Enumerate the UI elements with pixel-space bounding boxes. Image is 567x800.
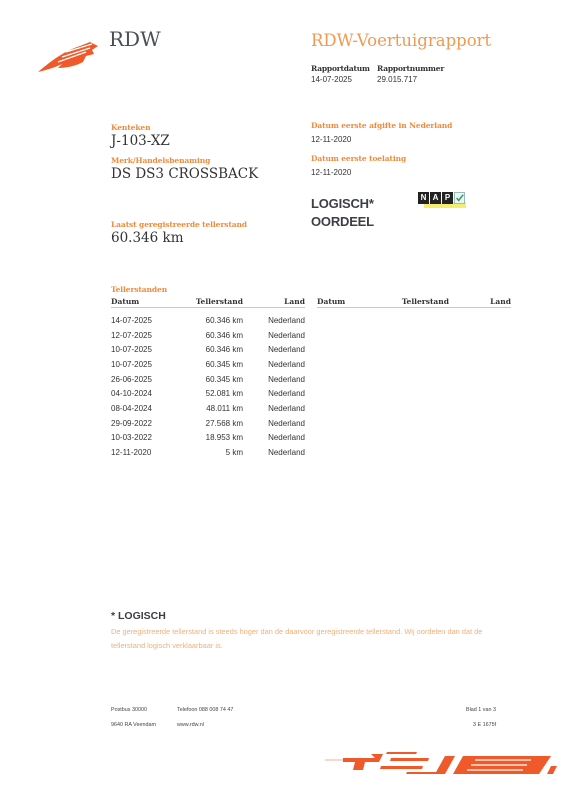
odometer-value: 60.346 km [111, 230, 184, 246]
make-label: Merk/Handelsbenaming [111, 156, 210, 165]
table-row: 10-03-202218.953 kmNederland [111, 431, 305, 446]
rdw-stripes-decoration-icon [325, 748, 557, 778]
row-odometer: 60.346 km [183, 308, 243, 328]
row-date: 04-10-2024 [111, 386, 183, 401]
table-row: 10-07-202560.346 kmNederland [111, 342, 305, 357]
row-country: Nederland [243, 401, 305, 416]
row-date: 26-06-2025 [111, 372, 183, 387]
row-odometer: 18.953 km [183, 431, 243, 446]
odometer-history-table-right: Datum Tellerstand Land [317, 297, 511, 308]
brand-wordmark: RDW [109, 27, 161, 51]
row-odometer: 60.346 km [183, 342, 243, 357]
row-odometer: 60.345 km [183, 372, 243, 387]
row-odometer: 60.346 km [183, 328, 243, 343]
table-row: 29-09-202227.568 kmNederland [111, 416, 305, 431]
row-date: 12-07-2025 [111, 328, 183, 343]
col-land-right: Land [449, 297, 511, 308]
table-row: 04-10-202452.081 kmNederland [111, 386, 305, 401]
footer-website[interactable]: www.rdw.nl [177, 722, 204, 728]
row-date: 10-07-2025 [111, 357, 183, 372]
report-date: 14-07-2025 [311, 75, 352, 84]
col-datum: Datum [111, 297, 183, 308]
footer-page-number: Blad 1 van 3 [466, 707, 496, 713]
row-odometer: 48.011 km [183, 401, 243, 416]
rdw-feather-logo-icon [36, 38, 100, 74]
row-odometer: 5 km [183, 445, 243, 460]
first-admission-date: 12-11-2020 [311, 168, 351, 177]
row-country: Nederland [243, 372, 305, 387]
row-odometer: 60.345 km [183, 357, 243, 372]
row-country: Nederland [243, 328, 305, 343]
row-country: Nederland [243, 308, 305, 328]
row-country: Nederland [243, 386, 305, 401]
verdict-line1: LOGISCH* [311, 196, 374, 211]
row-country: Nederland [243, 445, 305, 460]
row-country: Nederland [243, 357, 305, 372]
plate-label: Kenteken [111, 123, 150, 132]
footer-address: 9640 RA Veendam [111, 722, 156, 728]
row-date: 14-07-2025 [111, 308, 183, 328]
col-tellerstand: Tellerstand [183, 297, 243, 308]
row-date: 10-07-2025 [111, 342, 183, 357]
first-issue-nl-date: 12-11-2020 [311, 135, 351, 144]
row-odometer: 52.081 km [183, 386, 243, 401]
table-row: 14-07-202560.346 kmNederland [111, 308, 305, 328]
tellerstanden-title: Tellerstanden [111, 285, 167, 294]
report-number: 29.015.717 [377, 75, 417, 84]
first-admission-label: Datum eerste toelating [311, 154, 406, 163]
explanation-text: De geregistreerde tellerstand is steeds … [111, 625, 511, 653]
footer-postbus: Postbus 30000 [111, 707, 147, 713]
nap-letter-n: N [418, 192, 429, 204]
col-land: Land [243, 297, 305, 308]
table-row: 12-11-20205 kmNederland [111, 445, 305, 460]
row-odometer: 27.568 km [183, 416, 243, 431]
row-country: Nederland [243, 342, 305, 357]
col-datum-right: Datum [317, 297, 389, 308]
verdict-line2: OORDEEL [311, 214, 374, 229]
row-date: 12-11-2020 [111, 445, 183, 460]
nap-badge: N A P [418, 192, 468, 216]
odometer-label: Laatst geregistreerde tellerstand [111, 220, 247, 229]
table-row: 26-06-202560.345 kmNederland [111, 372, 305, 387]
explanation-title: * LOGISCH [111, 610, 166, 622]
check-icon [454, 192, 465, 204]
footer-doc-code: 3 E 1675f [473, 722, 496, 728]
report-title: RDW-Voertuigrapport [311, 31, 491, 50]
footer-phone: Telefoon 088 008 74 47 [177, 707, 233, 713]
row-date: 10-03-2022 [111, 431, 183, 446]
report-date-label: Rapportdatum [311, 64, 370, 73]
table-row: 10-07-202560.345 kmNederland [111, 357, 305, 372]
nap-letter-a: A [430, 192, 441, 204]
nap-letter-p: P [442, 192, 453, 204]
row-country: Nederland [243, 416, 305, 431]
license-plate: J-103-XZ [111, 133, 170, 149]
table-row: 12-07-202560.346 kmNederland [111, 328, 305, 343]
row-date: 29-09-2022 [111, 416, 183, 431]
table-row: 08-04-202448.011 kmNederland [111, 401, 305, 416]
col-tellerstand-right: Tellerstand [389, 297, 449, 308]
report-number-label: Rapportnummer [377, 64, 444, 73]
make-model: DS DS3 CROSSBACK [111, 166, 258, 182]
row-date: 08-04-2024 [111, 401, 183, 416]
first-issue-nl-label: Datum eerste afgifte in Nederland [311, 121, 452, 130]
row-country: Nederland [243, 431, 305, 446]
odometer-history-table: Datum Tellerstand Land 14-07-202560.346 … [111, 297, 305, 460]
